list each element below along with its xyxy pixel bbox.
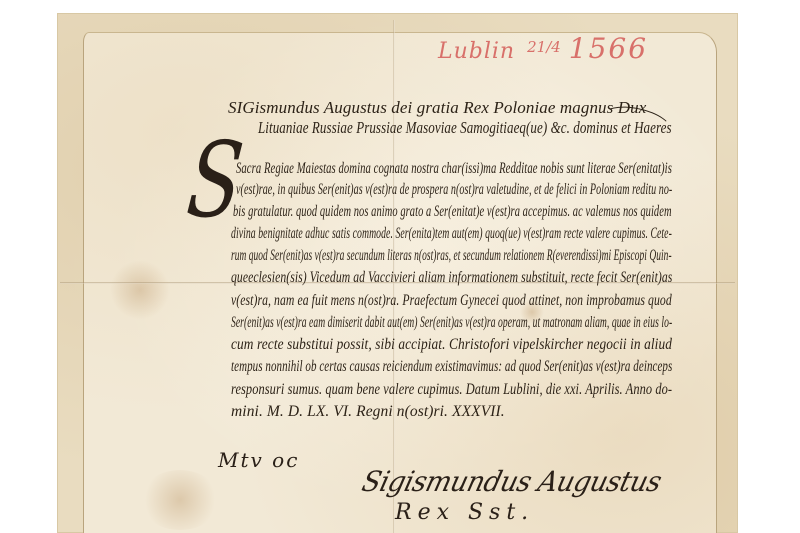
- paper-stain: [110, 260, 170, 320]
- body-line: Ser(enit)as v(est)ra eam dimiserit dabit…: [231, 314, 672, 332]
- archival-note-date: 21/4: [527, 38, 561, 56]
- archival-note-place: Lublin: [438, 39, 515, 64]
- body-line: mini. M. D. LX. VI. Regni n(ost)ri. XXXV…: [231, 403, 505, 421]
- body-line: v(est)ra, nam ea fuit mens n(ost)ra. Pra…: [231, 292, 672, 310]
- body-line: Sacra Regiae Maiestas domina cognata nos…: [236, 160, 672, 178]
- body-line: v(est)rae, in quibus Ser(enit)as v(est)r…: [236, 181, 672, 199]
- body-line: queeclesien(sis) Vicedum ad Vaccivieri a…: [231, 269, 672, 287]
- body-line: bis gratulatur. quod quidem nos animo gr…: [233, 203, 672, 221]
- royal-signature: Sigismundus Augustus: [359, 465, 665, 498]
- body-line: responsuri sumus. quam bene valere cupim…: [231, 381, 672, 399]
- signature-subscription: Rex Sst.: [395, 500, 534, 525]
- archival-note-year: 1566: [569, 32, 648, 65]
- body-line: divina benignitate adhuc satis commode. …: [231, 225, 672, 243]
- heading-line-1: SIGismundus Augustus dei gratia Rex Polo…: [228, 98, 646, 118]
- regnal-mark: Mtv oc: [218, 448, 299, 472]
- body-line: rum quod Ser(enit)as v(est)ra secundum l…: [231, 247, 672, 265]
- body-line: tempus nonnihil ob certas causas reicien…: [231, 358, 672, 376]
- paper-stain: [140, 470, 220, 530]
- archival-pencil-note: Lublin21/41566: [438, 32, 648, 65]
- body-line: cum recte substitui possit, sibi accipia…: [231, 336, 672, 354]
